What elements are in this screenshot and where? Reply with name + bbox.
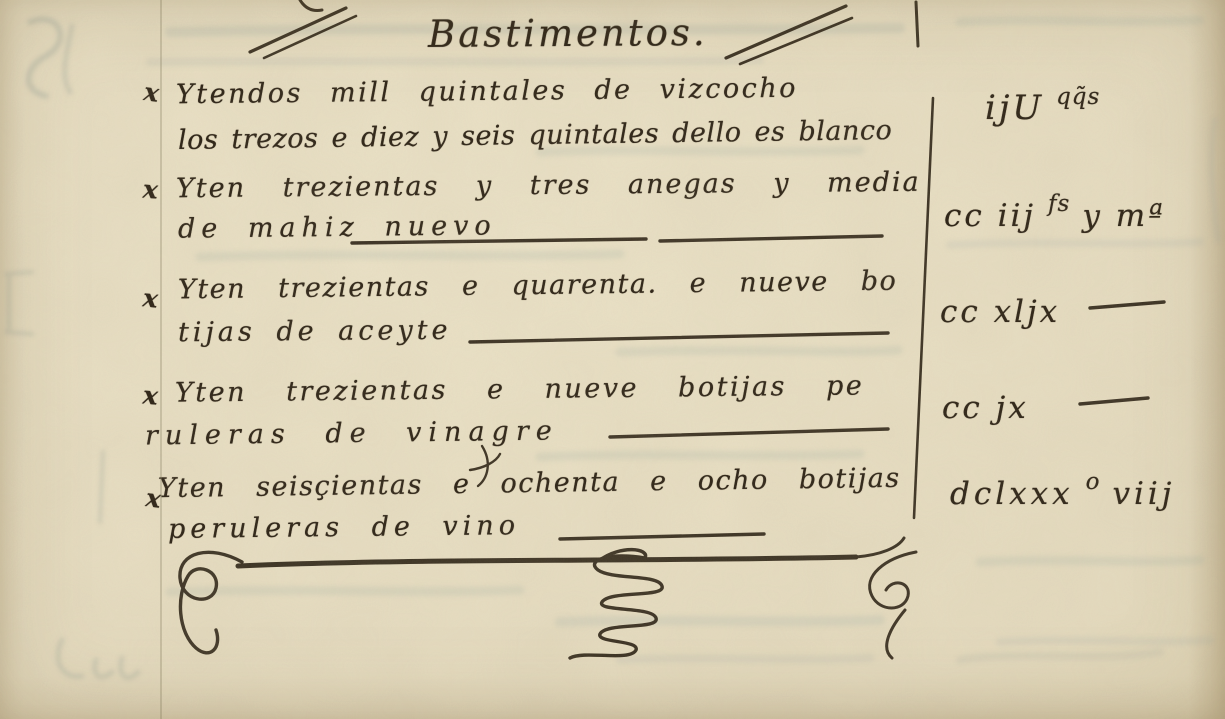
amount-main: cc iij <box>944 198 1036 234</box>
amount-rest: viij <box>1112 476 1175 512</box>
entry-4-amount: cc jx <box>942 390 1053 426</box>
amount-rest: y mª <box>1082 198 1166 234</box>
right-rubric-flourish <box>870 552 916 658</box>
amount-main: dclxxx <box>950 476 1074 512</box>
entry-2-text-line-2: de mahiz nuevo <box>178 210 497 244</box>
center-rubric-signature <box>570 550 662 658</box>
entry-1-text-line-1: Ytendos mill quintales de vizcocho <box>176 73 798 111</box>
column-divider-top <box>916 2 918 46</box>
amount-main: ijU <box>985 88 1044 128</box>
column-divider <box>914 98 933 518</box>
scribal-slash-marks-left <box>250 8 356 58</box>
entry-4-filler-rule <box>610 429 888 437</box>
bottom-closing-rule <box>238 557 856 566</box>
cut-flourish-top <box>300 0 322 11</box>
entry-5-amount: dclxxxoviij <box>950 476 1175 512</box>
amount-main: cc xljx <box>940 294 1060 330</box>
entry-3-amount: cc xljx <box>940 294 1084 330</box>
scribal-slash-marks-right <box>726 6 852 64</box>
entry-2-amount: cc iijfsy mª <box>944 198 1166 234</box>
margin-check-mark: x <box>142 283 160 313</box>
amount-superscript: fs <box>1048 191 1070 217</box>
entry-5-text-line-2: peruleras de vino <box>168 510 520 545</box>
entry-1-amount: ijUqq̃s <box>985 88 1112 128</box>
entry-3-text-line-1: Yten trezientas e quarenta. e nueve bo <box>178 266 898 306</box>
page-title: Bastimentos. <box>428 11 708 56</box>
entry-3-text-line-2: tijas de aceyte <box>178 315 452 348</box>
amount-superscript: o <box>1086 469 1101 495</box>
entry-4-text-line-1: Yten trezientas e nueve botijas pe <box>175 370 865 408</box>
entry-3-filler-rule <box>470 333 888 342</box>
manuscript-page: Bastimentos. x Ytendos mill quintales de… <box>0 0 1225 719</box>
bottom-rule-hook <box>856 538 904 557</box>
amount-superscript: qq̃s <box>1056 84 1100 110</box>
margin-check-mark: x <box>142 175 159 205</box>
entry-5-text-line-1: Yten seisçientas e ochenta e ocho botija… <box>158 463 901 504</box>
margin-check-mark: x <box>142 380 159 410</box>
entry-5-filler-rule <box>560 534 764 539</box>
amount-main: cc jx <box>942 390 1029 426</box>
amount-3-dash <box>1090 302 1164 308</box>
margin-check-mark: x <box>142 77 161 108</box>
left-rubric-flourish <box>180 552 242 653</box>
entry-1-text-line-2: los trezos e diez y seis quintales dello… <box>178 115 893 156</box>
entry-2-text-line-1: Yten trezientas y tres anegas y media <box>176 167 921 204</box>
entry-4-text-line-2: ruleras de vinagre <box>145 415 559 451</box>
amount-4-dash <box>1080 398 1148 404</box>
